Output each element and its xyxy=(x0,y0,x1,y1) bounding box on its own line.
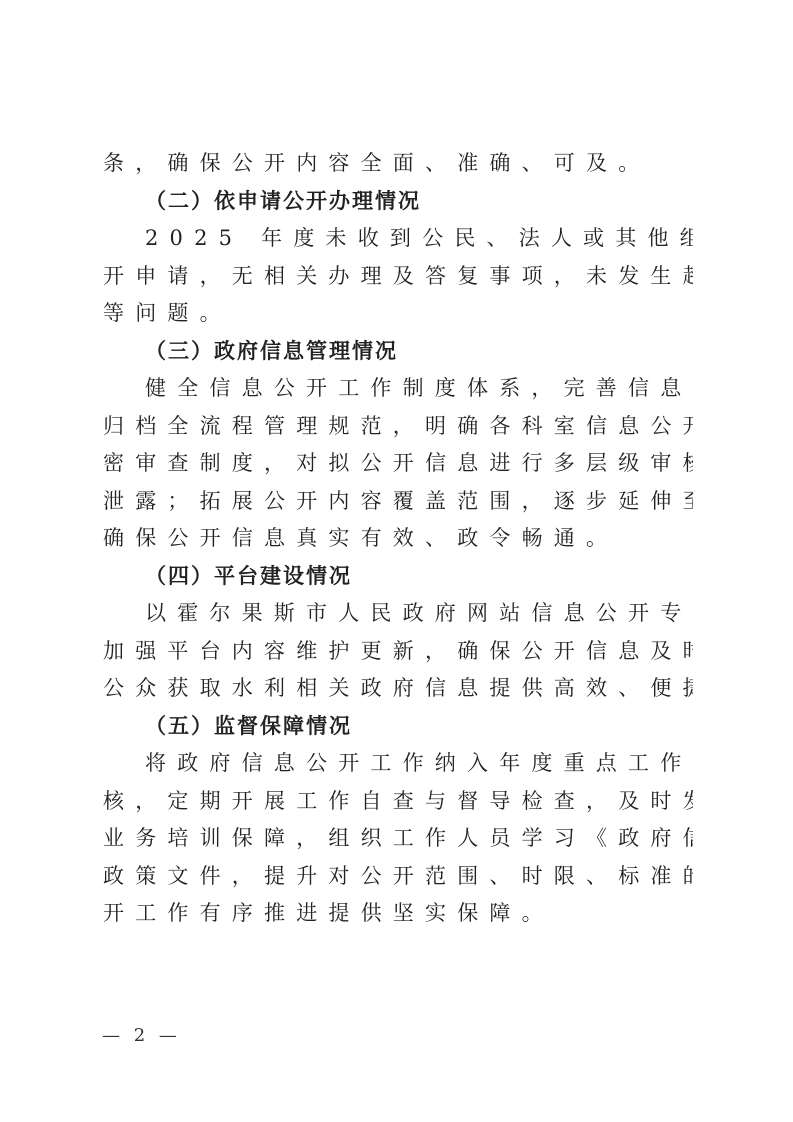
paragraph-line: 开工作有序推进提供坚实保障。 xyxy=(103,895,693,933)
page-number: — 2 — xyxy=(102,1025,181,1046)
paragraph-line: 业务培训保障，组织工作人员学习《政府信息公开条例》及相关 xyxy=(103,820,693,858)
document-body: 条，确保公开内容全面、准确、可及。 （二）依申请公开办理情况 2025 年度未收… xyxy=(103,145,693,933)
paragraph-line: 加强平台内容维护更新，确保公开信息及时上线、动态调整，为 xyxy=(103,633,693,671)
document-page: 条，确保公开内容全面、准确、可及。 （二）依申请公开办理情况 2025 年度未收… xyxy=(0,0,793,1122)
section-heading-5: （五）监督保障情况 xyxy=(103,708,693,746)
section-heading-4: （四）平台建设情况 xyxy=(103,558,693,596)
paragraph-line: 将政府信息公开工作纳入年度重点工作任务和科室绩效考 xyxy=(103,745,693,783)
paragraph-line: 等问题。 xyxy=(103,295,693,333)
paragraph-line: 开申请，无相关办理及答复事项，未发生超期答复、答复不规范 xyxy=(103,258,693,296)
paragraph-line: 核，定期开展工作自查与督导检查，及时发现并整改问题。强化 xyxy=(103,783,693,821)
paragraph-line: 公众获取水利相关政府信息提供高效、便捷的渠道支撑。 xyxy=(103,670,693,708)
section-heading-3: （三）政府信息管理情况 xyxy=(103,333,693,371)
paragraph-line: 政策文件，提升对公开范围、时限、标准的把握能力，为信息公 xyxy=(103,858,693,896)
paragraph-line: 2025 年度未收到公民、法人或其他组织提出的政府信息公 xyxy=(103,220,693,258)
section-heading-2: （二）依申请公开办理情况 xyxy=(103,183,693,221)
paragraph-line: 密审查制度，对拟公开信息进行多层级审核，坚决杜绝涉密信息 xyxy=(103,445,693,483)
paragraph-line: 以霍尔果斯市人民政府网站信息公开专栏为核心公开平台， xyxy=(103,595,693,633)
paragraph-line: 确保公开信息真实有效、政令畅通。 xyxy=(103,520,693,558)
paragraph-line: 泄露；拓展公开内容覆盖范围，逐步延伸至水利业务核心领域， xyxy=(103,483,693,521)
paragraph-line: 条，确保公开内容全面、准确、可及。 xyxy=(103,145,693,183)
paragraph-line: 归档全流程管理规范，明确各科室信息公开责任人。严格执行保 xyxy=(103,408,693,446)
paragraph-line: 健全信息公开工作制度体系，完善信息采集、审核、发布、 xyxy=(103,370,693,408)
